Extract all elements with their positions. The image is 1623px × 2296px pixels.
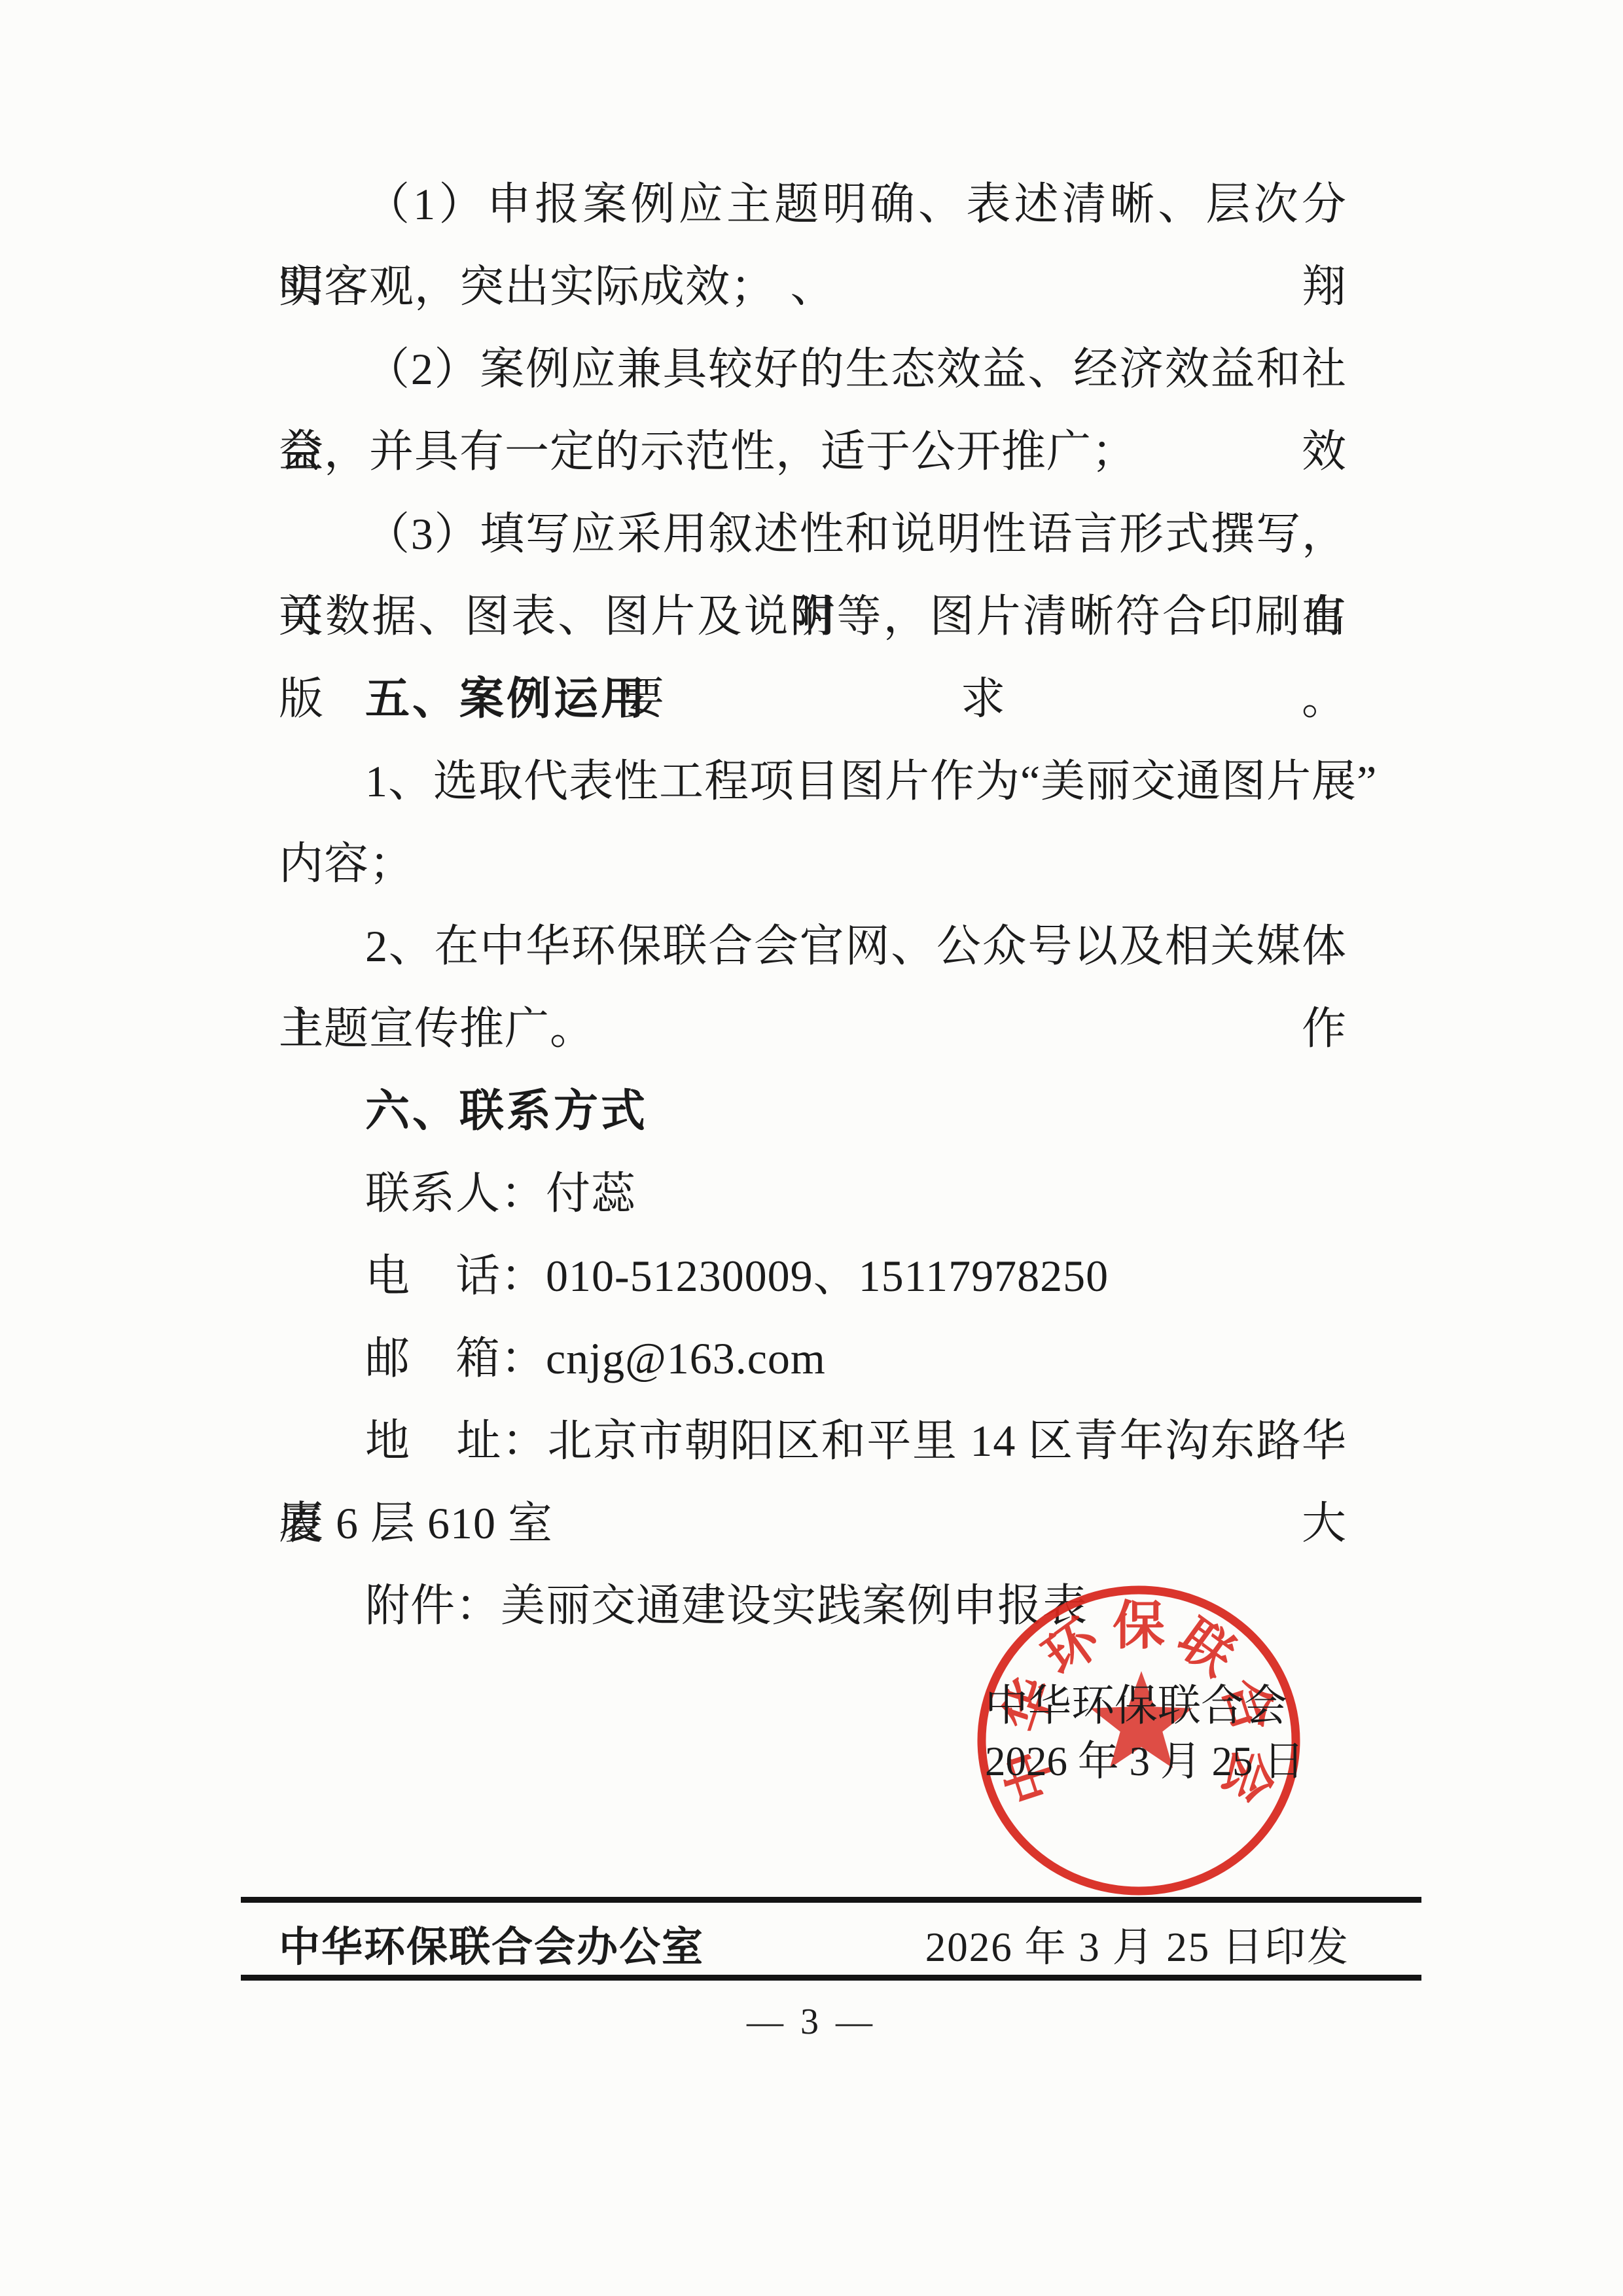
body-line: 内容； xyxy=(279,822,1347,905)
signature-org: 中华环保联合会 xyxy=(985,1679,1304,1734)
footer-rule-top xyxy=(241,1897,1421,1903)
contact-email-line: 邮 箱：cnjg@163.com xyxy=(279,1317,1347,1400)
document-body: （1）申报案例应主题明确、表述清晰、层次分明、翔 实客观，突出实际成效； （2）… xyxy=(279,163,1347,1647)
signature-block: 中华环保联合会 2026 年 3 月 25 日 xyxy=(985,1679,1304,1789)
seal-arc-char: 保 xyxy=(1113,1598,1165,1655)
document-page: （1）申报案例应主题明确、表述清晰、层次分明、翔 实客观，突出实际成效； （2）… xyxy=(0,0,1623,2296)
contact-phone-line: 电 话：010-51230009、15117978250 xyxy=(279,1235,1347,1317)
body-line: （2）案例应兼具较好的生态效益、经济效益和社会效 xyxy=(279,328,1347,410)
contact-address-line: 地 址：北京市朝阳区和平里 14 区青年沟东路华表大 xyxy=(279,1400,1347,1482)
body-line: 2、在中华环保联合会官网、公众号以及相关媒体上作 xyxy=(279,905,1347,987)
page-number: — 3 — xyxy=(0,2001,1623,2043)
body-line: 关数据、图表、图片及说明等，图片清晰符合印刷出版要求。 xyxy=(279,575,1347,658)
body-line: （1）申报案例应主题明确、表述清晰、层次分明、翔 xyxy=(279,163,1347,245)
signature-date: 2026 年 3 月 25 日 xyxy=(985,1734,1304,1789)
contact-person-line: 联系人：付蕊 xyxy=(279,1152,1347,1235)
body-line: 1、选取代表性工程项目图片作为“美丽交通图片展” xyxy=(279,740,1347,822)
footer-row: 中华环保联合会办公室 2026 年 3 月 25 日印发 xyxy=(279,1914,1349,1973)
footer-issue-date: 2026 年 3 月 25 日印发 xyxy=(925,1914,1349,1973)
footer-rule-bottom xyxy=(241,1975,1421,1981)
footer-office: 中华环保联合会办公室 xyxy=(279,1914,704,1973)
section-heading: 六、联系方式 xyxy=(279,1070,1347,1152)
body-line: （3）填写应采用叙述性和说明性语言形式撰写，可附有 xyxy=(279,493,1347,575)
